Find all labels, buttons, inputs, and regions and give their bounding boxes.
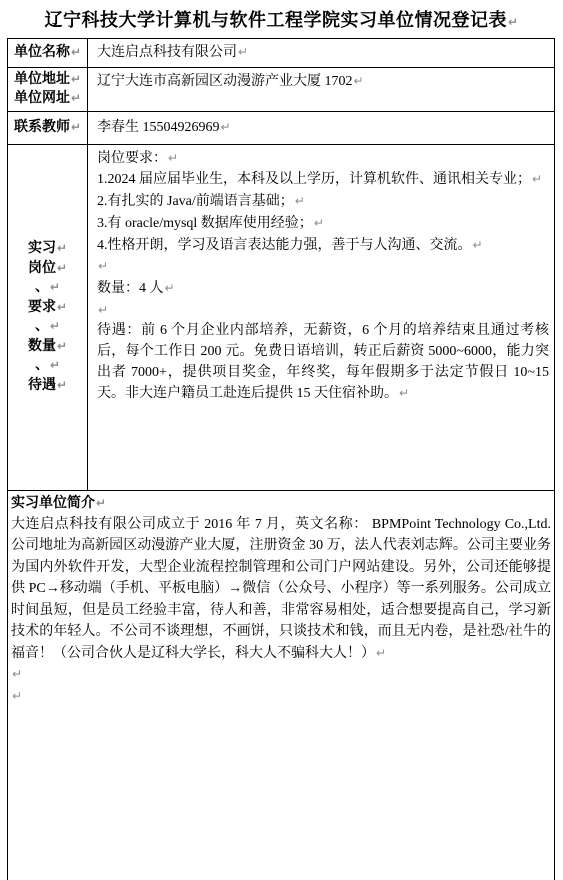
label-line: 单位名称↵ <box>9 43 86 63</box>
table-row-unit-address: 单位地址↵ 单位网址↵ 辽宁大连市高新园区动漫游产业大厦 1702↵ <box>8 67 555 111</box>
table-row-unit-name: 单位名称↵ 大连启点科技有限公司↵ <box>8 39 555 68</box>
label-line: 要求↵ <box>9 298 86 318</box>
intro-text: 大连启点科技有限公司成立于 2016 年 7 月，英文名称： BPMPoint … <box>11 517 551 661</box>
paragraph-mark-icon: ↵ <box>375 646 386 660</box>
paragraph: 岗位要求：↵ <box>97 148 549 170</box>
paragraph-mark-icon: ↵ <box>56 261 67 275</box>
label-line: 单位地址↵ <box>9 70 86 90</box>
position-details-value-cell: 岗位要求：↵ 1.2024 届应届毕业生，本科及以上学历，计算机软件、通讯相关专… <box>88 144 555 490</box>
paragraph-mark-icon: ↵ <box>507 15 519 29</box>
unit-name-value-cell: 大连启点科技有限公司↵ <box>88 39 555 68</box>
paragraph-mark-icon: ↵ <box>49 358 60 372</box>
value-text: 辽宁大连市高新园区动漫游产业大厦 1702 <box>97 74 353 89</box>
page-title: 辽宁科技大学计算机与软件工程学院实习单位情况登记表↵ <box>0 0 563 38</box>
label-text: 待遇 <box>28 378 56 393</box>
company-intro-heading: 实习单位简介↵ <box>11 493 551 514</box>
paragraph-mark-icon: ↵ <box>294 194 305 208</box>
paragraph-mark-icon: ↵ <box>164 281 175 295</box>
label-text: 、 <box>35 319 49 334</box>
paragraph: 2.有扎实的 Java/前端语言基础；↵ <box>97 191 549 213</box>
paragraph-mark-icon: ↵ <box>353 74 364 88</box>
paragraph: 数量：4 人↵ <box>97 278 549 300</box>
value-text: 李春生 15504926969 <box>97 120 220 135</box>
document-page: 辽宁科技大学计算机与软件工程学院实习单位情况登记表↵ 单位名称↵ 大连启点科技有… <box>0 0 563 880</box>
label-text: 实习 <box>28 241 56 256</box>
paragraph: 待遇：前 6 个月企业内部培养，无薪资，6 个月的培养结束且通过考核后，每个工作… <box>97 321 549 405</box>
label-line: 数量↵ <box>9 337 86 357</box>
paragraph-mark-icon: ↵ <box>70 45 81 59</box>
label-text: 联系教师 <box>14 120 70 135</box>
contact-teacher-label-cell: 联系教师↵ <box>8 111 88 144</box>
value-text: 2.有扎实的 Java/前端语言基础； <box>97 194 294 209</box>
label-text: 单位名称 <box>14 45 70 60</box>
paragraph-mark-icon: ↵ <box>49 280 60 294</box>
value-text: 岗位要求： <box>97 151 167 166</box>
label-line: 、↵ <box>9 278 86 298</box>
value-text: 4.性格开朗，学习及语言表达能力强，善于与人沟通、交流。 <box>97 238 472 253</box>
paragraph-mark-icon: ↵ <box>11 667 22 681</box>
paragraph-mark-icon: ↵ <box>472 238 483 252</box>
registration-table: 单位名称↵ 大连启点科技有限公司↵ 单位地址↵ 单位网址↵ 辽宁大连市高新园区动… <box>7 38 555 880</box>
unit-name-label-cell: 单位名称↵ <box>8 39 88 68</box>
paragraph-mark-icon: ↵ <box>220 120 231 134</box>
value-text: 数量：4 人 <box>97 281 164 296</box>
paragraph: 3.有 oracle/mysql 数据库使用经验；↵ <box>97 213 549 235</box>
label-text: 、 <box>35 358 49 373</box>
label-line: 实习↵ <box>9 239 86 259</box>
paragraph-mark-icon: ↵ <box>49 319 60 333</box>
label-line: 单位网址↵ <box>9 89 86 109</box>
label-line: 岗位↵ <box>9 259 86 279</box>
paragraph: 大连启点科技有限公司成立于 2016 年 7 月，英文名称： BPMPoint … <box>11 514 551 665</box>
unit-address-value-cell: 辽宁大连市高新园区动漫游产业大厦 1702↵ <box>88 67 555 111</box>
paragraph-mark-icon: ↵ <box>56 241 67 255</box>
position-details-label-cell: 实习↵ 岗位↵ 、↵ 要求↵ 、↵ 数量↵ 、↵ 待遇↵ <box>8 144 88 490</box>
paragraph-mark-icon: ↵ <box>398 386 409 400</box>
label-line: 、↵ <box>9 356 86 376</box>
paragraph-mark-icon: ↵ <box>237 45 248 59</box>
label-line: 、↵ <box>9 317 86 337</box>
paragraph: 4.性格开朗，学习及语言表达能力强，善于与人沟通、交流。↵ <box>97 235 549 257</box>
label-text: 、 <box>35 280 49 295</box>
paragraph-mark-icon: ↵ <box>56 378 67 392</box>
table-row-company-intro: 实习单位简介↵ 大连启点科技有限公司成立于 2016 年 7 月，英文名称： B… <box>8 490 555 880</box>
paragraph-mark-icon: ↵ <box>97 259 108 273</box>
contact-teacher-value-cell: 李春生 15504926969↵ <box>88 111 555 144</box>
paragraph: 大连启点科技有限公司↵ <box>97 42 549 64</box>
paragraph: ↵ <box>11 686 551 708</box>
company-intro-cell: 实习单位简介↵ 大连启点科技有限公司成立于 2016 年 7 月，英文名称： B… <box>8 490 555 880</box>
paragraph: ↵ <box>97 256 549 278</box>
table-row-position-details: 实习↵ 岗位↵ 、↵ 要求↵ 、↵ 数量↵ 、↵ 待遇↵ 岗位要求：↵ 1.20… <box>8 144 555 490</box>
value-text: 3.有 oracle/mysql 数据库使用经验； <box>97 216 313 231</box>
value-text: 1.2024 届应届毕业生，本科及以上学历，计算机软件、通讯相关专业； <box>97 172 531 187</box>
label-text: 单位网址 <box>14 91 70 106</box>
paragraph-mark-icon: ↵ <box>95 496 106 510</box>
value-text: 待遇：前 6 个月企业内部培养，无薪资，6 个月的培养结束且通过考核后，每个工作… <box>97 323 549 401</box>
label-line: 待遇↵ <box>9 376 86 396</box>
paragraph-mark-icon: ↵ <box>531 172 542 186</box>
paragraph: 李春生 15504926969↵ <box>97 117 549 139</box>
paragraph-mark-icon: ↵ <box>56 339 67 353</box>
label-text: 要求 <box>28 300 56 315</box>
paragraph-mark-icon: ↵ <box>313 216 324 230</box>
paragraph-mark-icon: ↵ <box>70 120 81 134</box>
page-title-text: 辽宁科技大学计算机与软件工程学院实习单位情况登记表 <box>44 10 507 30</box>
label-line: 联系教师↵ <box>9 118 86 138</box>
unit-address-label-cell: 单位地址↵ 单位网址↵ <box>8 67 88 111</box>
paragraph-mark-icon: ↵ <box>167 151 178 165</box>
paragraph: 辽宁大连市高新园区动漫游产业大厦 1702↵ <box>97 71 549 93</box>
paragraph-mark-icon: ↵ <box>97 303 108 317</box>
paragraph: 1.2024 届应届毕业生，本科及以上学历，计算机软件、通讯相关专业；↵ <box>97 169 549 191</box>
heading-text: 实习单位简介 <box>11 496 95 511</box>
label-text: 数量 <box>28 339 56 354</box>
label-text: 岗位 <box>28 261 56 276</box>
paragraph-mark-icon: ↵ <box>11 689 22 703</box>
paragraph: ↵ <box>97 300 549 322</box>
paragraph-mark-icon: ↵ <box>70 91 81 105</box>
table-row-contact-teacher: 联系教师↵ 李春生 15504926969↵ <box>8 111 555 144</box>
value-text: 大连启点科技有限公司 <box>97 45 237 60</box>
paragraph-mark-icon: ↵ <box>56 300 67 314</box>
paragraph: ↵ <box>11 664 551 686</box>
paragraph-mark-icon: ↵ <box>70 72 81 86</box>
label-text: 单位地址 <box>14 72 70 87</box>
